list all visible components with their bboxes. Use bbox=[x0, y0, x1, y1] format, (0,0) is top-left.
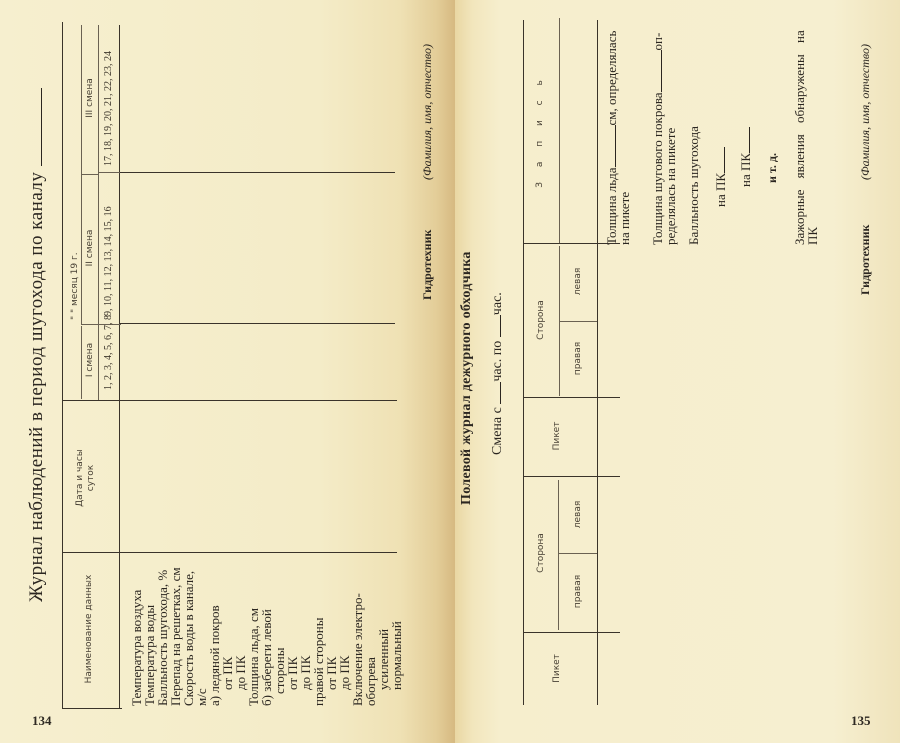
header-bottom-line bbox=[119, 25, 120, 708]
shift-2-label: II смена bbox=[85, 178, 95, 318]
table-left-end bbox=[62, 708, 122, 709]
shift-2-3-sep bbox=[98, 172, 120, 173]
row-labels: Температура воздуха Температура воды Бал… bbox=[130, 536, 403, 706]
shift-time-line: Смена с час. по час. bbox=[490, 292, 506, 455]
shift-3-hours: 17, 18, 19, 20, 21, 22, 23, 24 bbox=[103, 51, 114, 166]
page-number-right: 135 bbox=[851, 713, 871, 729]
row-label: нормальный bbox=[390, 536, 403, 706]
month-line: " " месяц 19 г. bbox=[70, 252, 80, 320]
field-table-top-border bbox=[523, 20, 524, 705]
shift-2-3-col-line bbox=[120, 172, 395, 173]
date-col-line bbox=[62, 400, 397, 401]
right-signature-role: Гидротехник bbox=[858, 225, 873, 295]
shift-end-blank bbox=[500, 315, 501, 337]
shift-start-blank bbox=[500, 382, 501, 404]
col-record: З а п и с ь bbox=[535, 20, 545, 242]
canal-name-blank bbox=[41, 88, 42, 166]
title-text: Журнал наблюдений в период шугохода по к… bbox=[26, 172, 47, 602]
col-side-2-left: левая bbox=[573, 243, 583, 320]
shift-row-divider-2 bbox=[81, 326, 82, 399]
shift-2-3-sep-top bbox=[81, 174, 99, 175]
date-col-header: Дата и часы суток bbox=[75, 408, 97, 548]
right-page-title: Полевой журнал дежурного обходчика bbox=[459, 251, 475, 505]
shift-2-hours: 9, 10, 11, 12, 13, 14, 15, 16 bbox=[103, 206, 114, 316]
left-signature-role: Гидротехник bbox=[420, 230, 435, 300]
pk-blank-1 bbox=[724, 147, 725, 173]
page-number-left: 134 bbox=[32, 713, 52, 729]
record-entries: Толщина льдасм, определялась на пикете Т… bbox=[605, 5, 819, 245]
name-col-header: Наименование данных bbox=[84, 554, 94, 704]
col-side-1-left: левая bbox=[573, 476, 583, 553]
right-page: Полевой журнал дежурного обходчика Смена… bbox=[455, 0, 900, 743]
hours-row-divider bbox=[98, 25, 99, 400]
slush-thickness-blank bbox=[661, 50, 662, 92]
table-top-border bbox=[62, 22, 63, 708]
row-label: Скорость воды в канале, bbox=[182, 536, 195, 706]
left-page-title: Журнал наблюдений в период шугохода по к… bbox=[26, 88, 48, 602]
side2-sub-divider bbox=[558, 480, 559, 630]
col-side-2: Сторона bbox=[536, 244, 546, 396]
ice-thickness-blank bbox=[615, 125, 616, 167]
col-piket-1: Пикет bbox=[552, 632, 562, 705]
col-side-1: Сторона bbox=[536, 476, 546, 630]
shift-1-hours: 1, 2, 3, 4, 5, 6, 7, 8 bbox=[103, 315, 114, 390]
col-side-2-right: правая bbox=[573, 321, 583, 396]
field-table-header-bottom bbox=[597, 20, 598, 705]
col-piket-2: Пикет bbox=[552, 397, 562, 475]
side-pk2-sep bbox=[523, 632, 620, 633]
left-page: Журнал наблюдений в период шугохода по к… bbox=[0, 0, 455, 743]
shift-1-label: I смена bbox=[85, 325, 95, 395]
pk-blank-2 bbox=[749, 127, 750, 153]
shift-3-label: III смена bbox=[85, 28, 95, 168]
left-signature-hint: (Фамилия, имя, отчество) bbox=[420, 44, 435, 180]
record-col-inner-line bbox=[559, 18, 560, 243]
side-pk-sep bbox=[523, 397, 620, 398]
right-signature-hint: (Фамилия, имя, отчество) bbox=[858, 44, 873, 180]
col-side-1-right: правая bbox=[573, 553, 583, 630]
shift-1-2-col-line bbox=[120, 323, 395, 324]
